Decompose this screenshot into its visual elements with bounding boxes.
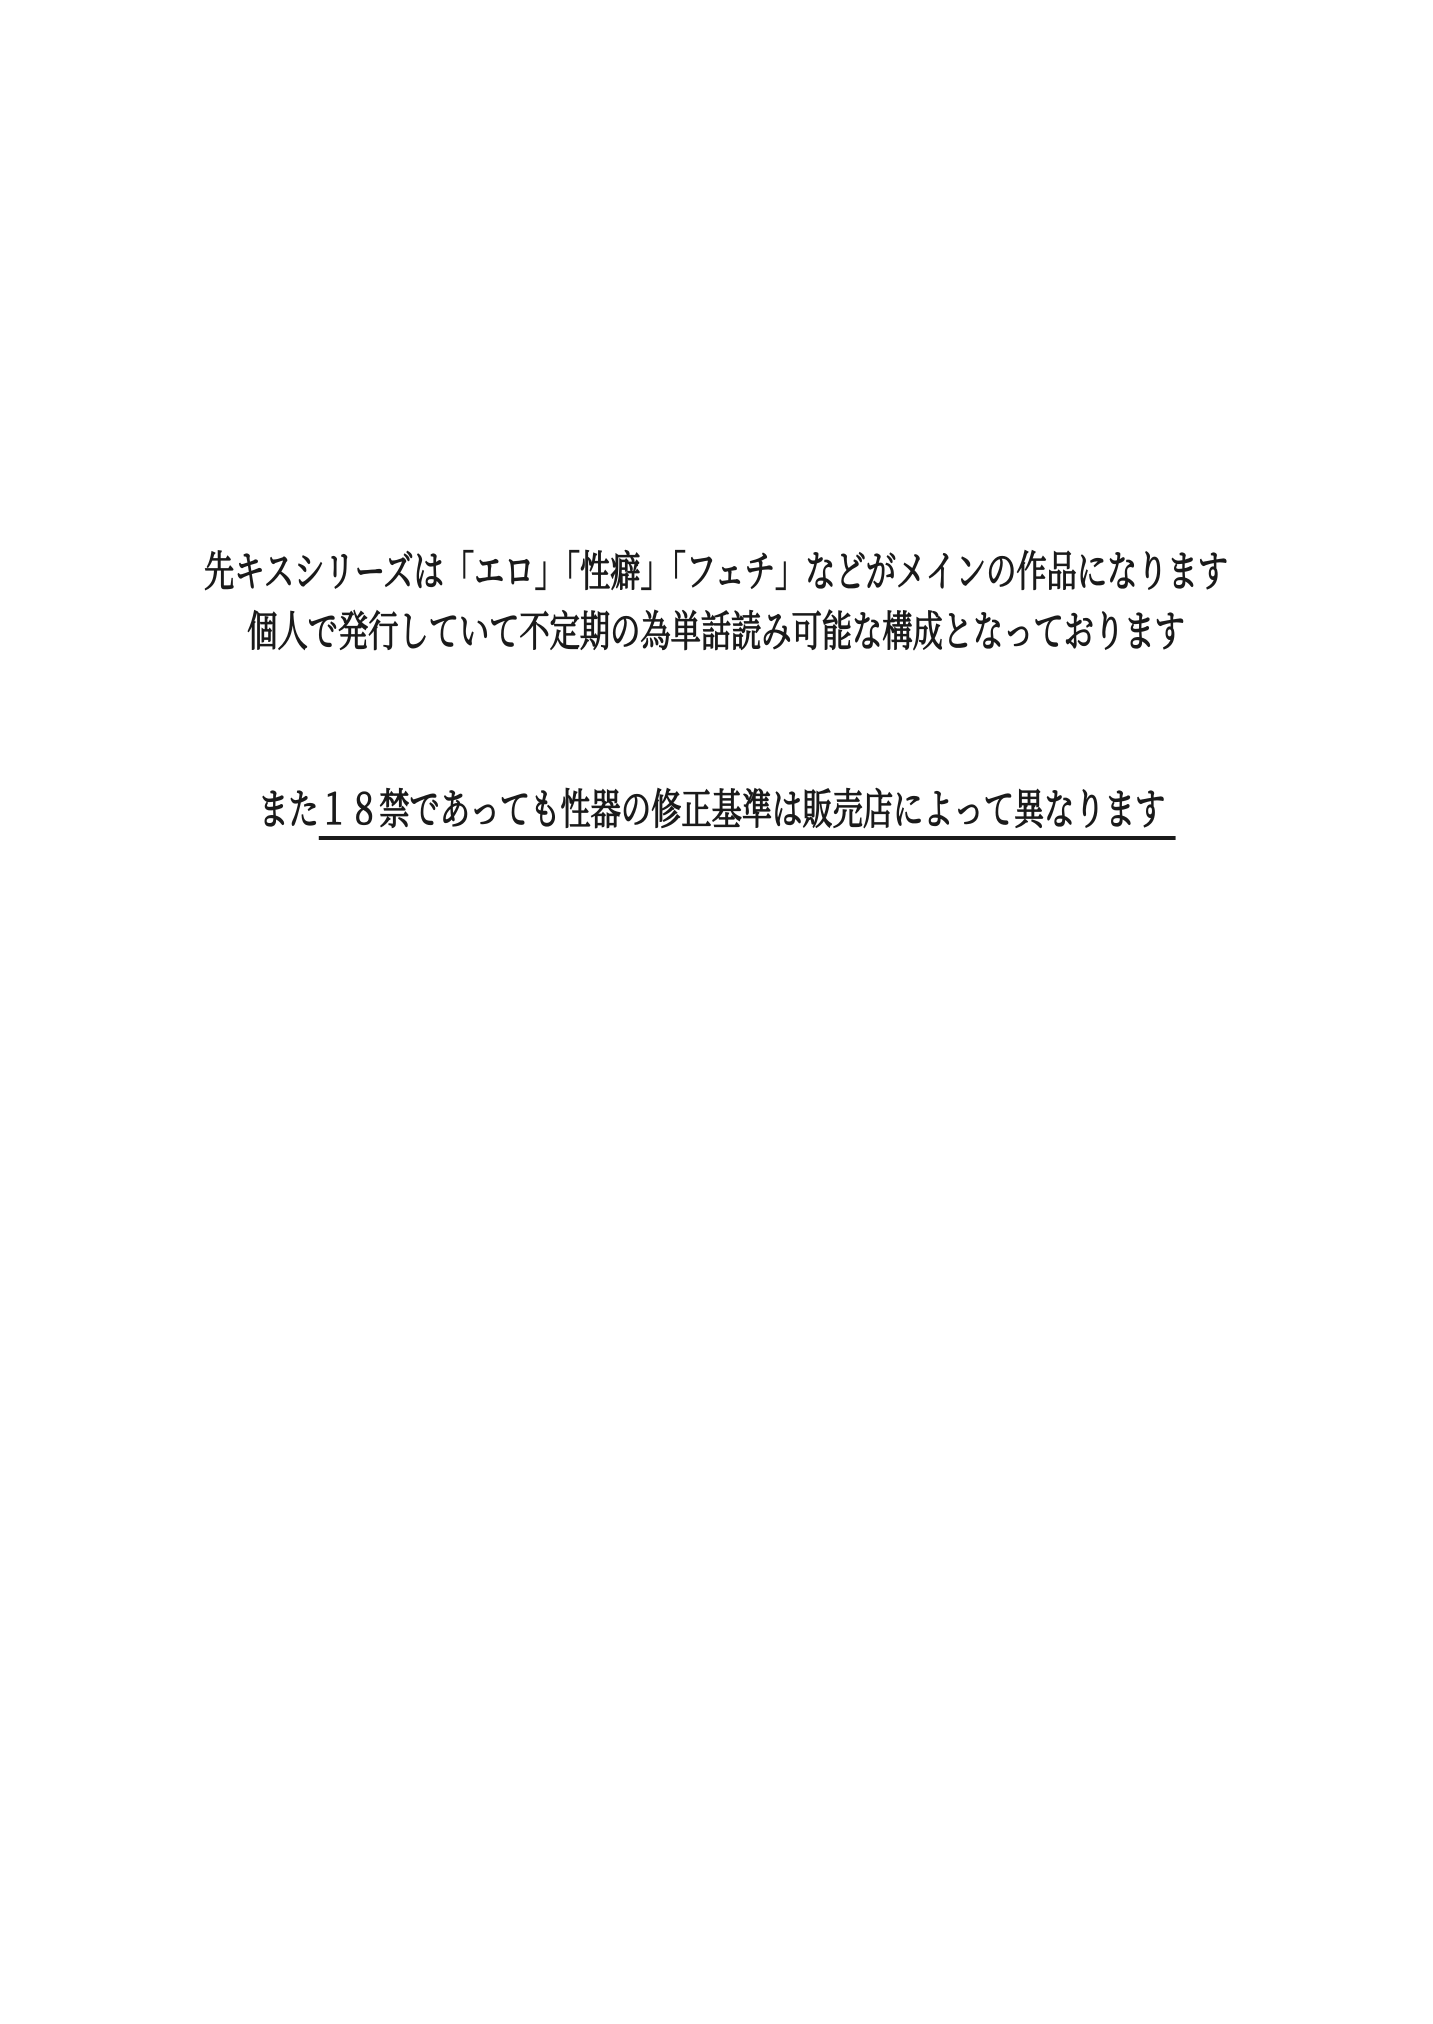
notice-line-3-prefix: また (258, 786, 318, 833)
notice-line-2-text: 個人で発行していて不定期の為単話読み可能な構成となっております (248, 611, 1185, 653)
notice-line-1-text: 先キスシリーズは「エロ」「性癖」「フェチ」などがメインの作品になります (205, 551, 1229, 593)
notice-line-3-underlined-text: １８禁であっても性器の修正基準は販売店によって異なります (318, 786, 1175, 840)
notice-line-2: 個人で発行していて不定期の為単話読み可能な構成となっております (0, 611, 1433, 653)
notice-line-3-text: また１８禁であっても性器の修正基準は販売店によって異なります (258, 789, 1175, 831)
notice-page: 先キスシリーズは「エロ」「性癖」「フェチ」などがメインの作品になります 個人で発… (0, 0, 1433, 2024)
notice-line-3: また１８禁であっても性器の修正基準は販売店によって異なります (0, 789, 1433, 831)
notice-line-1: 先キスシリーズは「エロ」「性癖」「フェチ」などがメインの作品になります (0, 551, 1433, 593)
